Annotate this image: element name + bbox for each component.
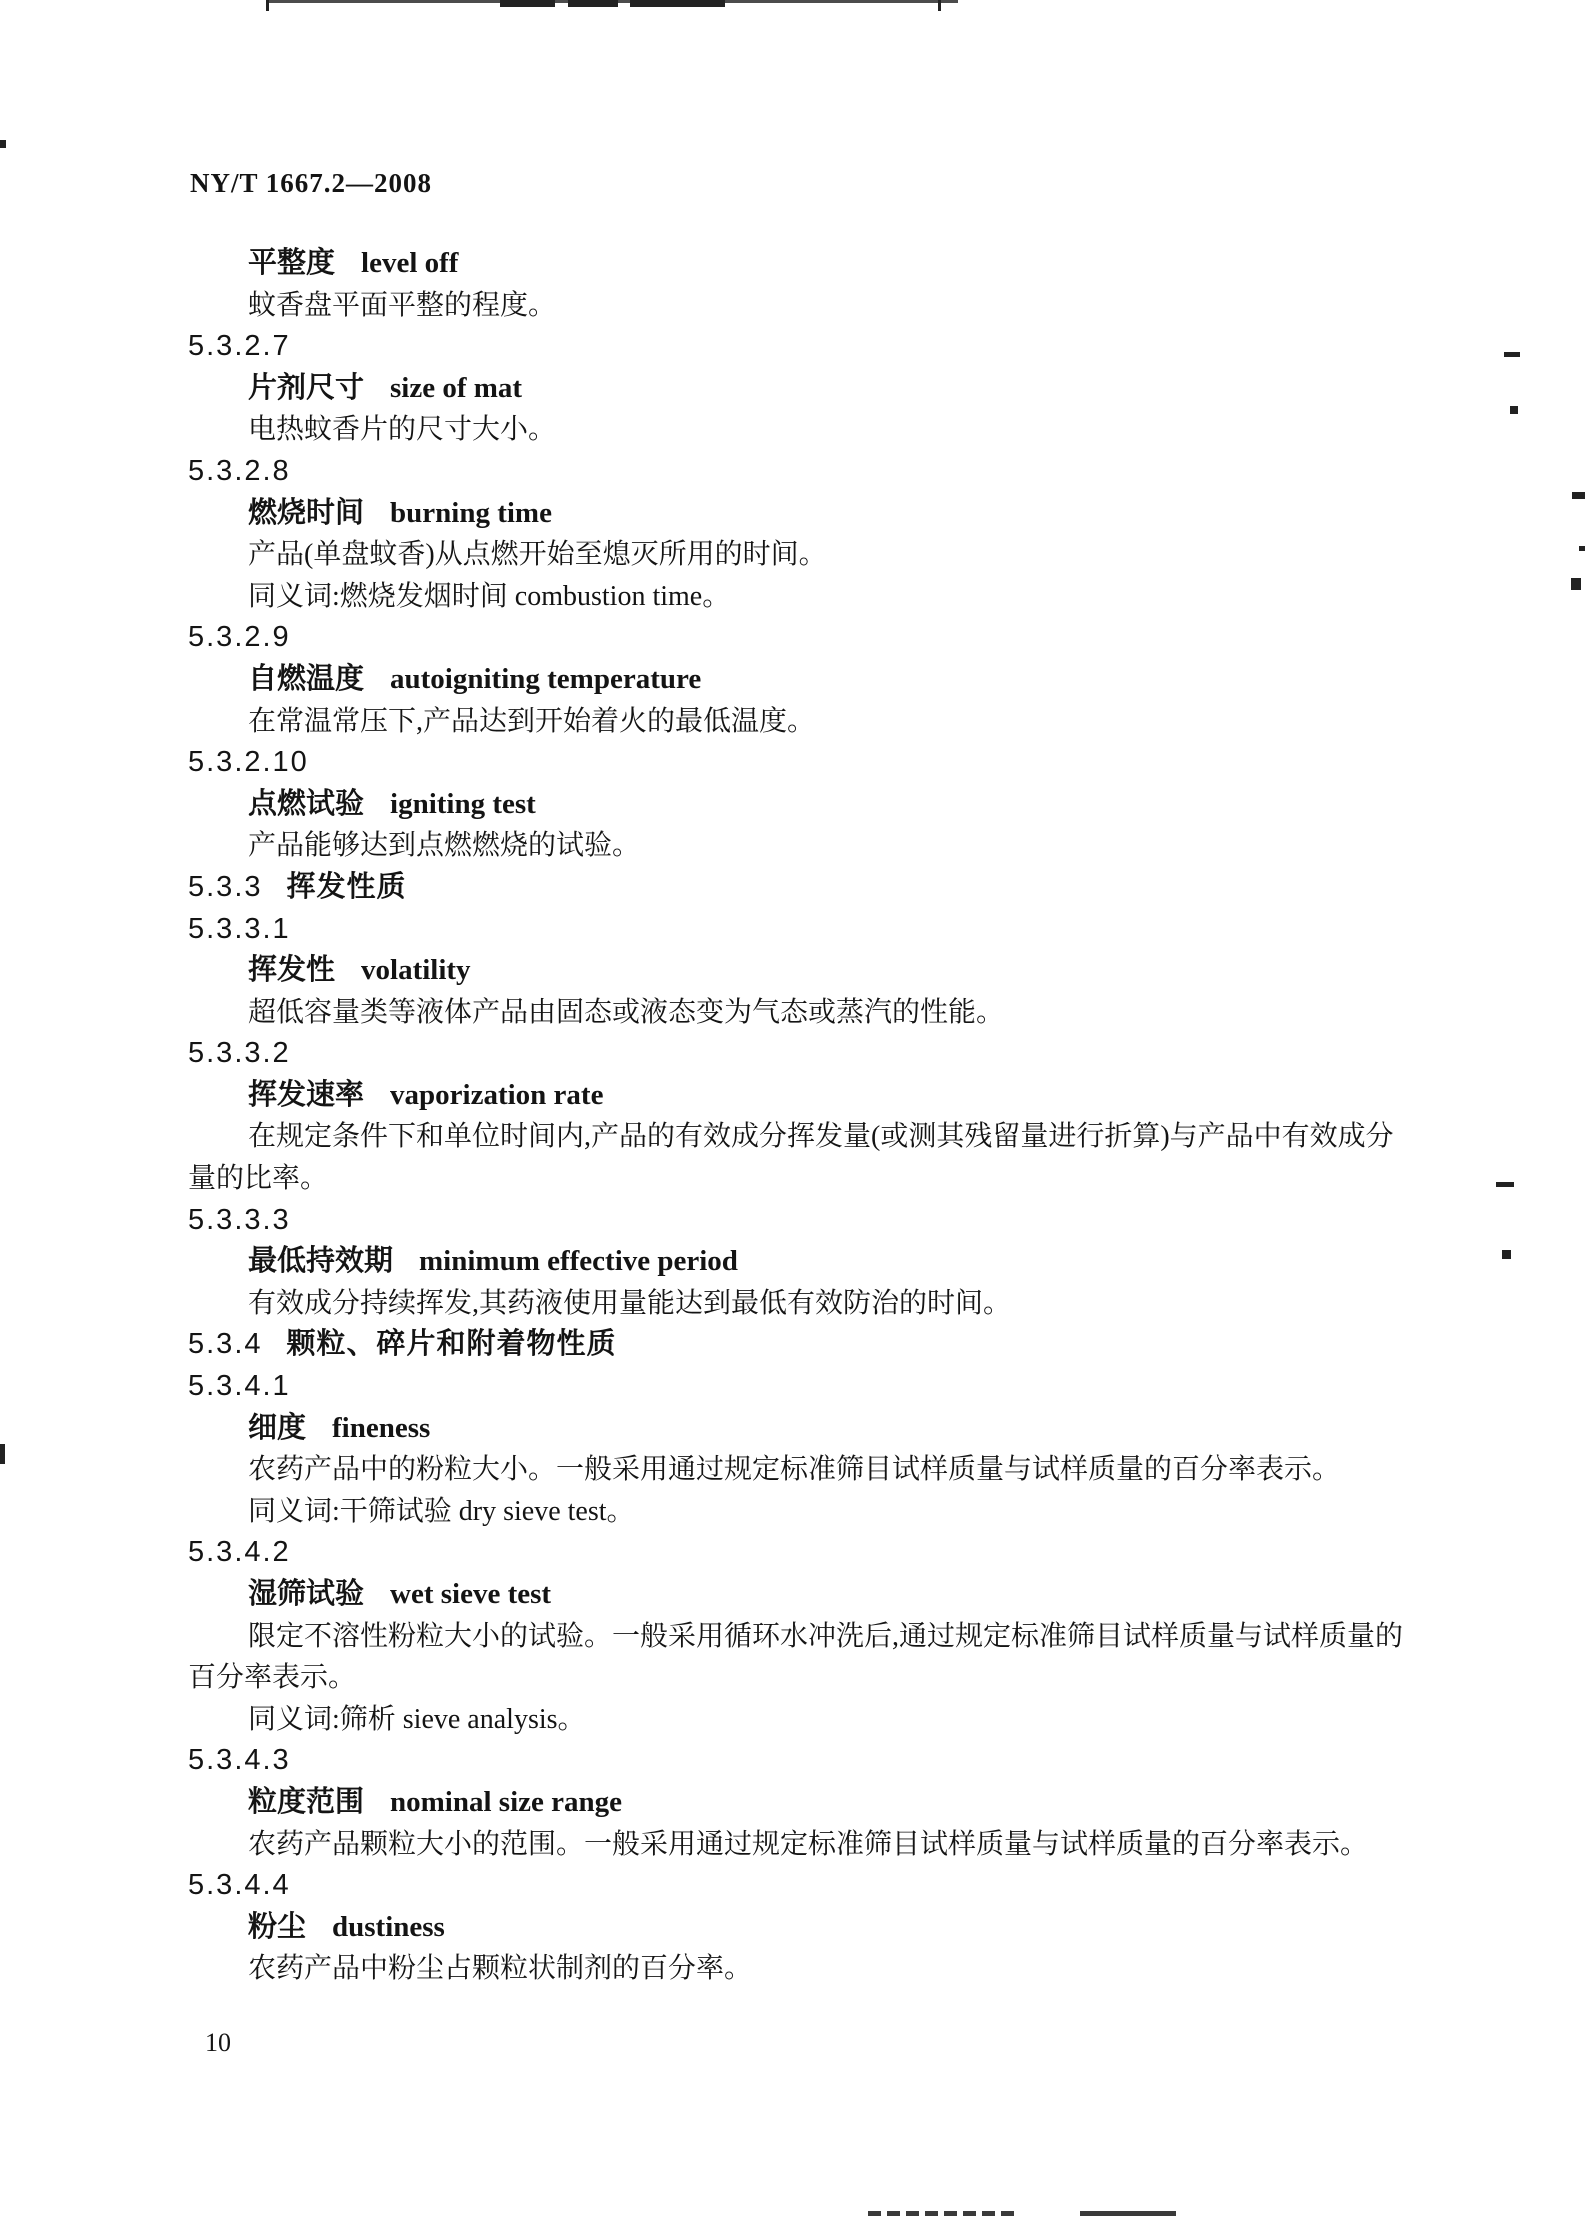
term-chinese: 湿筛试验 [248, 1578, 364, 1610]
standard-number: NY/T 1667.2—2008 [190, 168, 432, 199]
term-heading: 点燃试验igniting test [0, 784, 1585, 826]
definition-line: 在规定条件下和单位时间内,产品的有效成分挥发量(或测其残留量进行折算)与产品中有… [0, 1116, 1585, 1158]
scan-artifact-top-segment [568, 0, 618, 7]
definition-line: 蚊香盘平面平整的程度。 [0, 285, 1585, 327]
term-chinese: 片剂尺寸 [248, 372, 364, 404]
term-chinese: 最低持效期 [248, 1245, 393, 1277]
clause-number: 5.3.3 [188, 871, 263, 903]
term-chinese: 挥发性 [248, 954, 335, 986]
term-english: wet sieve test [390, 1578, 551, 1610]
scan-artifact-top-segment [630, 0, 725, 7]
term-chinese: 点燃试验 [248, 788, 364, 820]
terminology-content: 平整度level off蚊香盘平面平整的程度。5.3.2.7片剂尺寸size o… [0, 243, 1585, 1990]
definition-line: 产品能够达到点燃燃烧的试验。 [0, 825, 1585, 867]
term-heading: 粉尘dustiness [0, 1907, 1585, 1949]
term-english: volatility [361, 954, 471, 986]
term-heading: 最低持效期minimum effective period [0, 1241, 1585, 1283]
document-page: NY/T 1667.2—2008 平整度level off蚊香盘平面平整的程度。… [0, 0, 1585, 2218]
term-heading: 粒度范围nominal size range [0, 1782, 1585, 1824]
scan-artifact-top-tick [266, 0, 269, 11]
clause-number: 5.3.2.7 [0, 326, 1585, 368]
term-english: minimum effective period [419, 1245, 738, 1277]
clause-number: 5.3.2.8 [0, 451, 1585, 493]
scan-artifact-top-segment [500, 0, 555, 7]
term-english: dustiness [332, 1911, 445, 1943]
clause-number: 5.3.2.9 [0, 617, 1585, 659]
term-chinese: 燃烧时间 [248, 497, 364, 529]
term-english: level off [361, 247, 458, 279]
scan-artifact-left [0, 140, 6, 148]
definition-line: 限定不溶性粉粒大小的试验。一般采用循环水冲洗后,通过规定标准筛目试样质量与试样质… [0, 1616, 1585, 1658]
term-heading: 片剂尺寸size of mat [0, 368, 1585, 410]
definition-line: 同义词:筛析 sieve analysis。 [0, 1699, 1585, 1741]
term-chinese: 平整度 [248, 247, 335, 279]
scan-artifact-bottom-dashes [868, 2211, 1020, 2216]
term-english: nominal size range [390, 1786, 622, 1818]
definition-line: 同义词:干筛试验 dry sieve test。 [0, 1491, 1585, 1533]
scan-artifact-bottom-bar [1080, 2211, 1176, 2216]
term-heading: 细度fineness [0, 1408, 1585, 1450]
clause-number: 5.3.4.4 [0, 1865, 1585, 1907]
term-heading: 湿筛试验wet sieve test [0, 1574, 1585, 1616]
definition-line: 农药产品中粉尘占颗粒状制剂的百分率。 [0, 1948, 1585, 1990]
term-chinese: 粉尘 [248, 1911, 306, 1943]
definition-continuation: 量的比率。 [0, 1158, 1585, 1200]
scan-artifact-top-tick [938, 0, 941, 11]
page-number: 10 [205, 2028, 231, 2058]
clause-number: 5.3.4.3 [0, 1740, 1585, 1782]
clause-title-text: 颗粒、碎片和附着物性质 [287, 1328, 617, 1360]
term-heading: 自燃温度autoigniting temperature [0, 659, 1585, 701]
definition-line: 在常温常压下,产品达到开始着火的最低温度。 [0, 701, 1585, 743]
term-heading: 平整度level off [0, 243, 1585, 285]
clause-number: 5.3.4.2 [0, 1532, 1585, 1574]
term-english: vaporization rate [390, 1079, 603, 1111]
definition-line: 超低容量类等液体产品由固态或液态变为气态或蒸汽的性能。 [0, 992, 1585, 1034]
term-chinese: 粒度范围 [248, 1786, 364, 1818]
term-chinese: 自燃温度 [248, 663, 364, 695]
clause-number: 5.3.2.10 [0, 742, 1585, 784]
term-english: burning time [390, 497, 552, 529]
term-chinese: 挥发速率 [248, 1079, 364, 1111]
definition-line: 农药产品中的粉粒大小。一般采用通过规定标准筛目试样质量与试样质量的百分率表示。 [0, 1449, 1585, 1491]
clause-heading: 5.3.4颗粒、碎片和附着物性质 [0, 1324, 1585, 1366]
term-english: igniting test [390, 788, 536, 820]
term-heading: 燃烧时间burning time [0, 493, 1585, 535]
definition-line: 农药产品颗粒大小的范围。一般采用通过规定标准筛目试样质量与试样质量的百分率表示。 [0, 1824, 1585, 1866]
term-english: fineness [332, 1412, 430, 1444]
term-english: autoigniting temperature [390, 663, 701, 695]
definition-line: 产品(单盘蚊香)从点燃开始至熄灭所用的时间。 [0, 534, 1585, 576]
term-heading: 挥发性volatility [0, 950, 1585, 992]
definition-line: 电热蚊香片的尺寸大小。 [0, 409, 1585, 451]
clause-number: 5.3.4 [188, 1328, 263, 1360]
term-chinese: 细度 [248, 1412, 306, 1444]
clause-title-text: 挥发性质 [287, 871, 407, 903]
definition-continuation: 百分率表示。 [0, 1657, 1585, 1699]
clause-number: 5.3.3.2 [0, 1033, 1585, 1075]
clause-number: 5.3.3.1 [0, 909, 1585, 951]
term-heading: 挥发速率vaporization rate [0, 1075, 1585, 1117]
term-english: size of mat [390, 372, 522, 404]
clause-heading: 5.3.3挥发性质 [0, 867, 1585, 909]
definition-line: 同义词:燃烧发烟时间 combustion time。 [0, 576, 1585, 618]
clause-number: 5.3.4.1 [0, 1366, 1585, 1408]
definition-line: 有效成分持续挥发,其药液使用量能达到最低有效防治的时间。 [0, 1283, 1585, 1325]
clause-number: 5.3.3.3 [0, 1200, 1585, 1242]
